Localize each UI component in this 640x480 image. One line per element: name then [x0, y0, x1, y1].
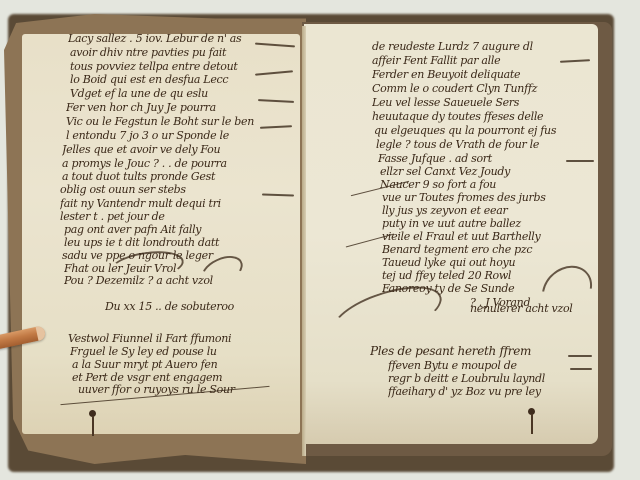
handwritten-line: puty in ve uut autre ballez: [382, 217, 582, 230]
handwritten-line: a promys le Jouc ? . . de pourra: [62, 157, 272, 170]
handwritten-line: l entondu 7 jo 3 o ur Sponde le: [66, 129, 271, 142]
handwritten-line: Naucer 9 so fort a fou: [380, 178, 580, 191]
ink-mark: [528, 408, 534, 436]
handwritten-line: lo Boid qui est en desfua Lecc: [70, 73, 270, 86]
handwritten-line: qu elgeuques qu la pourront ej fus: [374, 124, 584, 137]
handwritten-line: Ferder en Beuyoit deliquate: [372, 68, 582, 81]
handwritten-line: Frguel le Sy ley ed pouse lu: [70, 345, 275, 358]
handwritten-line: Vic ou le Fegstun le Boht sur le ben: [66, 115, 276, 128]
handwritten-line: Comm le o coudert Clyn Tunffz: [372, 82, 582, 95]
handwritten-line: vue ur Toutes fromes des jurbs: [382, 191, 582, 204]
handwritten-line: Vestwol Fiunnel il Fart ffumoni: [68, 332, 278, 345]
handwritten-line: Jelles que et avoir ve dely Fou: [62, 143, 272, 156]
handwritten-line: tous povviez tellpa entre detout: [70, 60, 270, 73]
handwritten-line: legle ? tous de Vrath de four le: [376, 138, 581, 151]
handwritten-line: Leu vel lesse Saueuele Sers: [372, 96, 582, 109]
handwritten-line: lester t . pet jour de: [60, 210, 265, 223]
line-dash: [568, 355, 592, 357]
handwritten-line: fait ny Vantendr mult dequi tri: [60, 197, 270, 210]
handwritten-line: Benard tegment ero che pzc: [382, 243, 582, 256]
handwritten-line: Fer ven hor ch Juy Je pourra: [66, 101, 271, 114]
handwritten-line: Taueud lyke qui out hoyu: [382, 256, 582, 269]
line-dash: [566, 160, 594, 162]
handwritten-line: Fasse Jufque . ad sort: [378, 152, 578, 165]
handwritten-line: vieile el Fraul et uut Barthelly: [382, 230, 582, 243]
handwritten-line: leu ups ie t dit londrouth datt: [64, 236, 269, 249]
handwritten-line: ffaeihary d' yz Boz vu pre ley: [388, 385, 593, 398]
manuscript-photo: Lacy sallez . 5 iov. Lebur de n' as avoi…: [0, 0, 640, 480]
handwritten-line: Ples de pesant hereth ffrem: [370, 345, 590, 358]
handwritten-line: Lacy sallez . 5 iov. Lebur de n' as: [68, 32, 283, 45]
handwritten-line: avoir dhiv ntre pavties pu fait: [70, 46, 270, 59]
handwritten-line: de reudeste Lurdz 7 augure dl: [372, 40, 582, 53]
handwritten-line: affeir Fent Fallit par alle: [372, 54, 582, 67]
ink-mark: [89, 410, 95, 438]
date-line: Du xx 15 .. de sobuteroo: [105, 300, 275, 313]
handwritten-line: ellzr sel Canxt Vez Joudy: [380, 165, 580, 178]
handwritten-line: ffeven Bytu e moupol de: [388, 359, 593, 372]
book-gutter: [302, 26, 306, 456]
handwritten-line: lly jus ys zeyvon et eear: [382, 204, 582, 217]
handwritten-line: a la Suur mryt pt Auero fen: [72, 358, 272, 371]
handwritten-line: Vdget ef la une de qu eslu: [70, 87, 270, 100]
handwritten-line: heuutaque dy toutes ffeses delle: [372, 110, 582, 123]
line-dash: [570, 368, 592, 370]
handwritten-line: regr b deitt e Loubrulu layndl: [388, 372, 593, 385]
handwritten-line: Pou ? Dezemilz ? a acht vzol: [64, 274, 289, 287]
handwritten-line: pag ont aver pafn Ait fally: [64, 223, 274, 236]
handwritten-line: a tout duot tults pronde Gest: [62, 170, 272, 183]
handwritten-line: oblig ost ouun ser stebs: [60, 183, 265, 196]
